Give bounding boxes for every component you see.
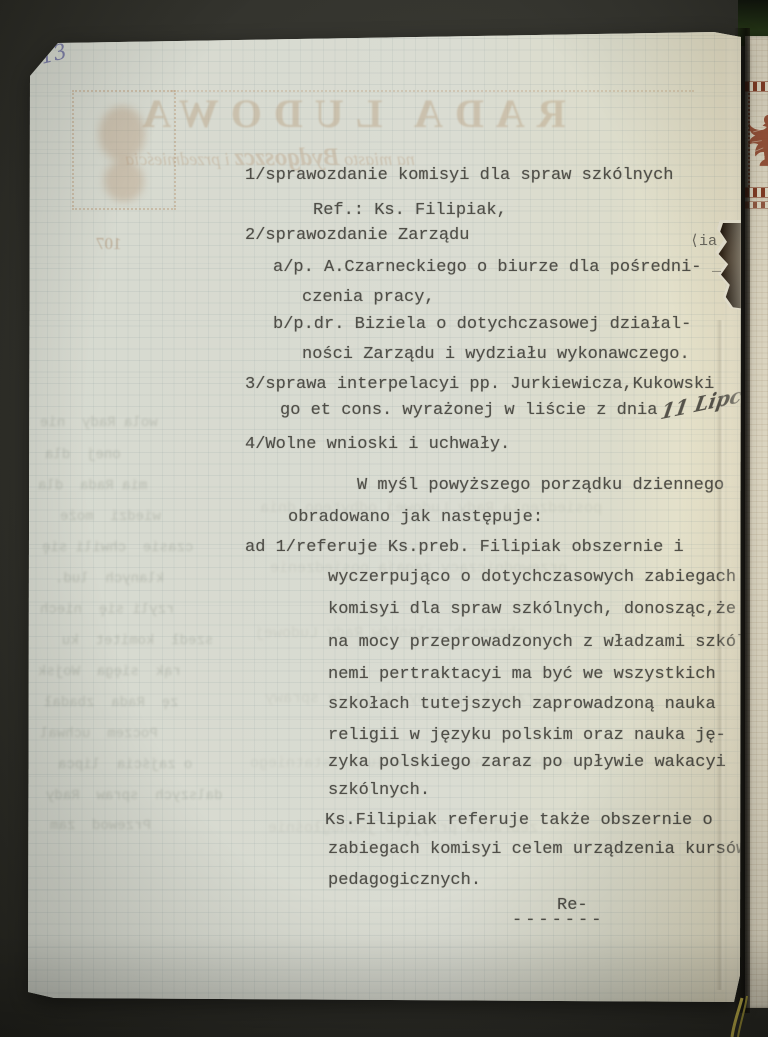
bleedthrough-line: klanych lud.: [55, 571, 164, 587]
typed-line: ad 1/referuje Ks.preb. Filipiak obszerni…: [245, 538, 684, 557]
bleedthrough-line: dalszych spraw Rady: [46, 788, 222, 804]
typed-line: ności Zarządu i wydziału wykonawczego.: [302, 345, 690, 364]
bleedthrough-line: mia Rada dla: [38, 478, 147, 494]
folio-number-handwritten: 13: [37, 39, 69, 69]
typed-line: Ref.: Ks. Filipiak,: [313, 201, 507, 220]
typed-line: b/p.dr. Biziela o dotychczasowej działal…: [273, 315, 691, 334]
bleedthrough-line: o zajścia lipca: [58, 757, 192, 773]
typed-line: 2/sprawozdanie Zarządu: [245, 226, 469, 245]
typed-line: komisyi dla spraw szkólnych, donosząc,że: [328, 600, 736, 619]
text-fragment: _: [712, 258, 721, 275]
typed-line: a/p. A.Czarneckiego o biurze dla pośredn…: [273, 258, 701, 277]
typed-line: go et cons. wyrażonej w liście z dnia: [280, 401, 657, 420]
bleedthrough-line: zę Rada zbadał: [44, 695, 178, 711]
page-edge-highlight: [722, 30, 742, 1005]
typed-line: religii w języku polskim oraz nauka ję-: [328, 726, 726, 745]
bleedthrough-line: rąk sięga Wojsk: [38, 664, 181, 680]
typed-line: wyczerpująco o dotychczasowych zabiegach: [328, 568, 736, 587]
typed-line: 4/Wolne wnioski i uchwały.: [245, 435, 510, 454]
typed-line: szkólnych.: [328, 781, 430, 800]
bleedthrough-line: Przewod zam: [50, 818, 151, 834]
bleedthrough-line: czasie chwili się: [42, 540, 193, 556]
bleedthrough-line: rzyli się niech: [40, 602, 174, 618]
text-fragment: ⟨ia: [690, 231, 717, 250]
letterhead-subtitle-post: i przedmieścia: [125, 149, 234, 169]
bleedthrough-line: szedł komitet ku: [62, 633, 213, 649]
typed-line: obradowano jak następuje:: [288, 508, 543, 527]
letterhead-title-bleedthrough: RADA LUDOWA: [118, 90, 578, 137]
bleedthrough-line: wola Rady nie: [40, 415, 158, 431]
typed-line: 3/sprawa interpelacyi pp. Jurkiewicza,Ku…: [245, 375, 714, 394]
typed-line: nemi pertraktacyi ma być we wszystkich: [328, 665, 716, 684]
binding-thread: [722, 974, 768, 1037]
typed-line: na mocy przeprowadzonych z władzami szkó…: [328, 633, 756, 652]
typed-line: 1/sprawozdanie komisyi dla spraw szkólny…: [245, 166, 673, 185]
bleedthrough-line: Poczem uchwal: [40, 726, 158, 742]
document-page: RADA LUDOWA na miasto Bydgoszcz i przedm…: [24, 30, 742, 1005]
typed-line: -------: [512, 911, 604, 930]
typed-line: pedagogicznych.: [328, 871, 481, 890]
typed-line: Ks.Filipiak referuje także obszernie o: [325, 811, 713, 830]
typed-line: czenia pracy,: [302, 288, 435, 307]
bleedthrough-line: wiedzi może: [60, 509, 161, 525]
typed-line: W myśl powyższego porządku dziennego: [357, 476, 724, 495]
typed-line: szkołach tutejszych zaprowadzoną nauka: [328, 695, 716, 714]
typed-line: zabiegach komisyi celem urządzenia kursó…: [328, 840, 746, 859]
typed-line: zyka polskiego zaraz po upływie wakacyi: [328, 753, 726, 772]
photo-background: RADA LUDOWA na miasto Bydgoszcz i przedm…: [0, 0, 768, 1037]
bleedthrough-line: onej dla: [45, 447, 121, 463]
letterhead-number-bleedthrough: 107: [96, 234, 122, 254]
